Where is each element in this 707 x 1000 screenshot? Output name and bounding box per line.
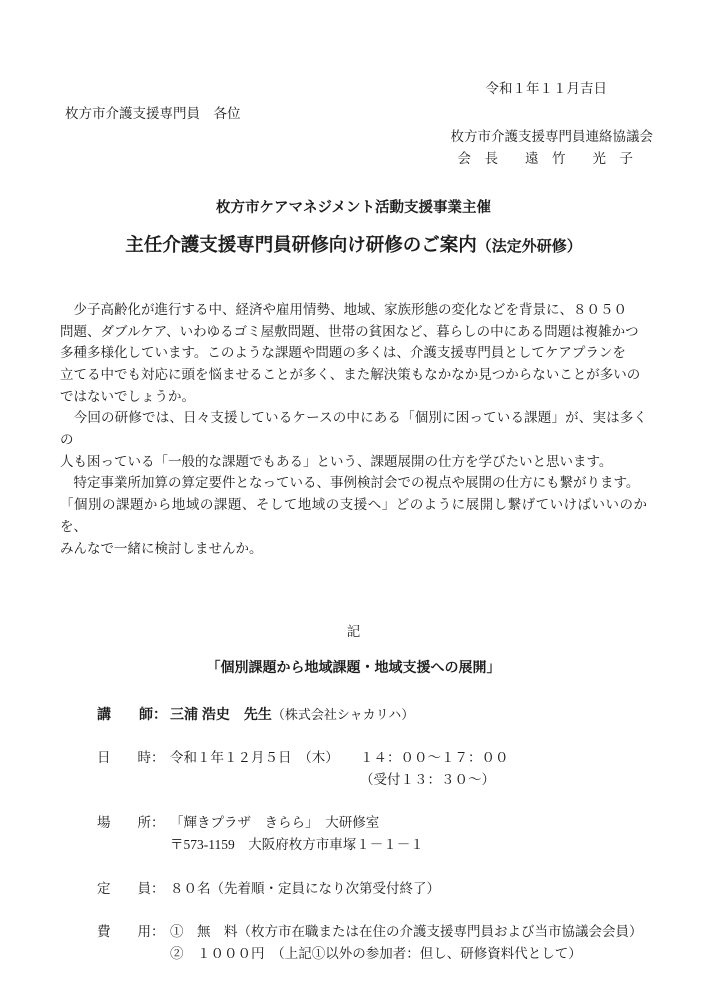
training-theme: 「個別課題から地域課題・地域支援への展開」 xyxy=(0,658,707,680)
session-date: 令和１年１２月５日 （木） xyxy=(170,747,360,769)
datetime-line: 令和１年１２月５日 （木）１４：００～１７：００ xyxy=(170,747,509,769)
venue-name: 「輝きプラザ きらら」 大研修室 xyxy=(170,812,424,834)
fee-item-2: ② １０００円 （上記①以外の参加者：但し、研修資料代として） xyxy=(170,943,643,965)
title-main: 主任介護支援専門員研修向け研修のご案内 xyxy=(125,234,477,255)
place-value: 「輝きプラザ きらら」 大研修室 〒573-1159 大阪府枚方市車塚１－１－１ xyxy=(170,812,424,855)
fee-value: ① 無 料（枚方市在職または在住の介護支援専門員および当市協議会会員） ② １０… xyxy=(170,921,643,964)
ki-marker: 記 xyxy=(0,621,707,643)
chairman-name: 会 長 遠 竹 光 子 xyxy=(0,148,707,170)
datetime-label: 日 時： xyxy=(97,747,170,769)
recipient-line: 枚方市介護支援専門員 各位 xyxy=(0,103,707,125)
session-time: １４：００～１７：００ xyxy=(360,750,509,765)
event-host-subtitle: 枚方市ケアマネジメント活動支援事業主催 xyxy=(0,197,707,219)
detail-row-instructor: 講 師： 三浦 浩史 先生（株式会社シャカリハ） xyxy=(97,704,707,726)
detail-row-datetime: 日 時： 令和１年１２月５日 （木）１４：００～１７：００ （受付１３：３０～） xyxy=(97,747,707,790)
instructor-value: 三浦 浩史 先生（株式会社シャカリハ） xyxy=(170,704,414,726)
document-title: 主任介護支援専門員研修向け研修のご案内（法定外研修） xyxy=(0,231,707,261)
fee-label: 費 用： xyxy=(97,921,170,943)
place-label: 場 所： xyxy=(97,812,170,834)
detail-row-capacity: 定 員： ８０名（先着順・定員になり次第受付終了） xyxy=(97,878,707,900)
organization-name: 枚方市介護支援専門員連絡協議会 xyxy=(0,126,707,148)
instructor-label: 講 師： xyxy=(97,704,170,726)
document-date: 令和１年１１月吉日 xyxy=(0,78,707,100)
fee-item-1: ① 無 料（枚方市在職または在住の介護支援専門員および当市協議会会員） xyxy=(170,921,643,943)
instructor-affiliation: （株式会社シャカリハ） xyxy=(272,707,414,722)
document-page: 令和１年１１月吉日 枚方市介護支援専門員 各位 枚方市介護支援専門員連絡協議会 … xyxy=(0,0,707,1000)
detail-row-place: 場 所： 「輝きプラザ きらら」 大研修室 〒573-1159 大阪府枚方市車塚… xyxy=(97,812,707,855)
capacity-label: 定 員： xyxy=(97,878,170,900)
instructor-name: 三浦 浩史 先生 xyxy=(170,706,272,722)
reception-time: （受付１３：３０～） xyxy=(170,769,509,791)
datetime-value: 令和１年１２月５日 （木）１４：００～１７：００ （受付１３：３０～） xyxy=(170,747,509,790)
title-paren: （法定外研修） xyxy=(477,238,582,255)
capacity-value: ８０名（先着順・定員になり次第受付終了） xyxy=(170,878,440,900)
detail-row-fee: 費 用： ① 無 料（枚方市在職または在住の介護支援専門員および当市協議会会員）… xyxy=(97,921,707,964)
body-text: 少子高齢化が進行する中、経済や雇用情勢、地域、家族形態の変化などを背景に、８０５… xyxy=(60,299,647,559)
venue-address: 〒573-1159 大阪府枚方市車塚１－１－１ xyxy=(170,834,424,856)
